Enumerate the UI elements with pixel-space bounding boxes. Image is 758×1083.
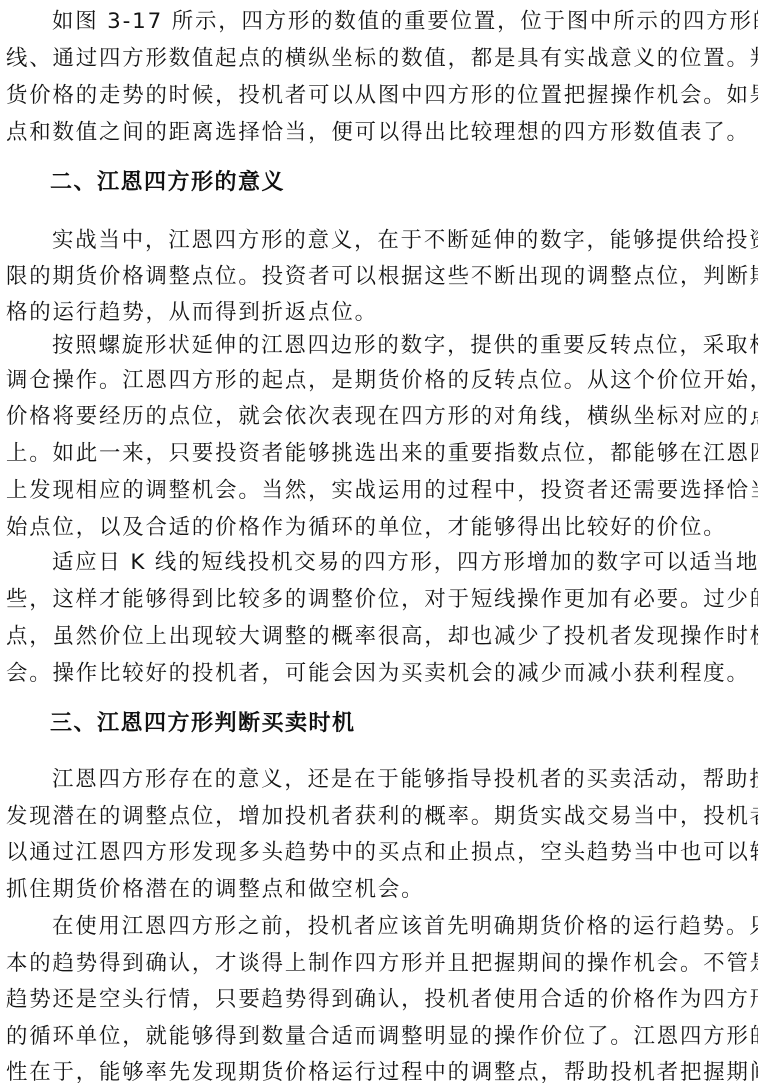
paragraph-3-line-4: 上。如此一来，只要投资者能够挑选出来的重要指数点位，都能够在江恩四方形 [6, 441, 754, 467]
paragraph-3-line-6: 始点位，以及合适的价格作为循环的单位，才能够得出比较好的价位。 [6, 515, 754, 541]
paragraph-6-line-1: 在使用江恩四方形之前，投机者应该首先明确期货价格的运行趋势。只有基 [52, 914, 754, 940]
paragraph-1-line-4: 点和数值之间的距离选择恰当，便可以得出比较理想的四方形数值表了。 [6, 120, 754, 146]
paragraph-3-line-5: 上发现相应的调整机会。当然，实战运用的过程中，投资者还需要选择恰当的起 [6, 478, 754, 504]
paragraph-4-line-3: 点，虽然价位上出现较大调整的概率很高，却也减少了投机者发现操作时机的机 [6, 624, 754, 650]
paragraph-4-line-2: 些，这样才能够得到比较多的调整价位，对于短线操作更加有必要。过少的调整 [6, 587, 754, 613]
paragraph-2-line-3: 格的运行趋势，从而得到折返点位。 [6, 300, 754, 326]
paragraph-5-line-3: 以通过江恩四方形发现多头趋势中的买点和止损点，空头趋势当中也可以轻松地 [6, 840, 754, 866]
paragraph-3-line-3: 价格将要经历的点位，就会依次表现在四方形的对角线，横纵坐标对应的点位 [6, 404, 754, 430]
paragraph-5-line-1: 江恩四方形存在的意义，还是在于能够指导投机者的买卖活动，帮助投机者 [52, 767, 754, 793]
paragraph-3-line-2: 调仓操作。江恩四方形的起点，是期货价格的反转点位。从这个价位开始，期货 [6, 368, 754, 394]
paragraph-2-line-1: 实战当中，江恩四方形的意义，在于不断延伸的数字，能够提供给投资者无 [52, 228, 754, 254]
paragraph-4-line-4: 会。操作比较好的投机者，可能会因为买卖机会的减少而减小获利程度。 [6, 661, 754, 687]
paragraph-1-line-3: 货价格的走势的时候，投机者可以从图中四方形的位置把握操作机会。如果起始 [6, 83, 754, 109]
paragraph-6-line-2: 本的趋势得到确认，才谈得上制作四方形并且把握期间的操作机会。不管是多头 [6, 951, 754, 977]
paragraph-1-line-2: 线、通过四方形数值起点的横纵坐标的数值，都是具有实战意义的位置。判断期 [6, 46, 754, 72]
paragraph-6-line-5: 性在于，能够率先发现期货价格运行过程中的调整点，帮助投机者把握期间的操 [6, 1060, 754, 1083]
paragraph-5-line-2: 发现潜在的调整点位，增加投机者获利的概率。期货实战交易当中，投机者既可 [6, 804, 754, 830]
paragraph-6-line-3: 趋势还是空头行情，只要趋势得到确认，投机者使用合适的价格作为四方形数字 [6, 987, 754, 1013]
section-heading-3: 三、江恩四方形判断买卖时机 [50, 711, 356, 737]
paragraph-2-line-2: 限的期货价格调整点位。投资者可以根据这些不断出现的调整点位，判断期货价 [6, 264, 754, 290]
paragraph-6-line-4: 的循环单位，就能够得到数量合适而调整明显的操作价位了。江恩四方形的重要 [6, 1024, 754, 1050]
paragraph-4-line-1: 适应日 K 线的短线投机交易的四方形，四方形增加的数字可以适当地小一 [52, 550, 754, 576]
section-heading-2: 二、江恩四方形的意义 [50, 170, 285, 196]
paragraph-3-line-1: 按照螺旋形状延伸的江恩四边形的数字，提供的重要反转点位，采取相应的 [52, 333, 754, 359]
paragraph-1-line-1: 如图 3-17 所示，四方形的数值的重要位置，位于图中所示的四方形的对角 [52, 9, 754, 35]
paragraph-5-line-4: 抓住期货价格潜在的调整点和做空机会。 [6, 877, 754, 903]
